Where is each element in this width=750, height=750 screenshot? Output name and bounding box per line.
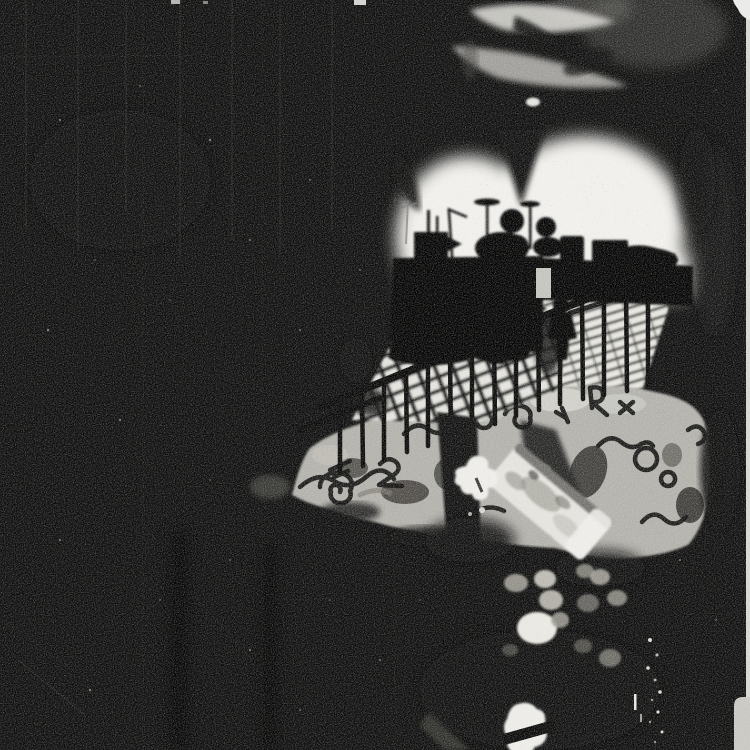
- photo-canvas: Untitled high-contrast black-and-white p…: [0, 0, 750, 750]
- film-grain-dark: [0, 0, 750, 750]
- album-art-photo: Untitled high-contrast black-and-white p…: [0, 0, 750, 750]
